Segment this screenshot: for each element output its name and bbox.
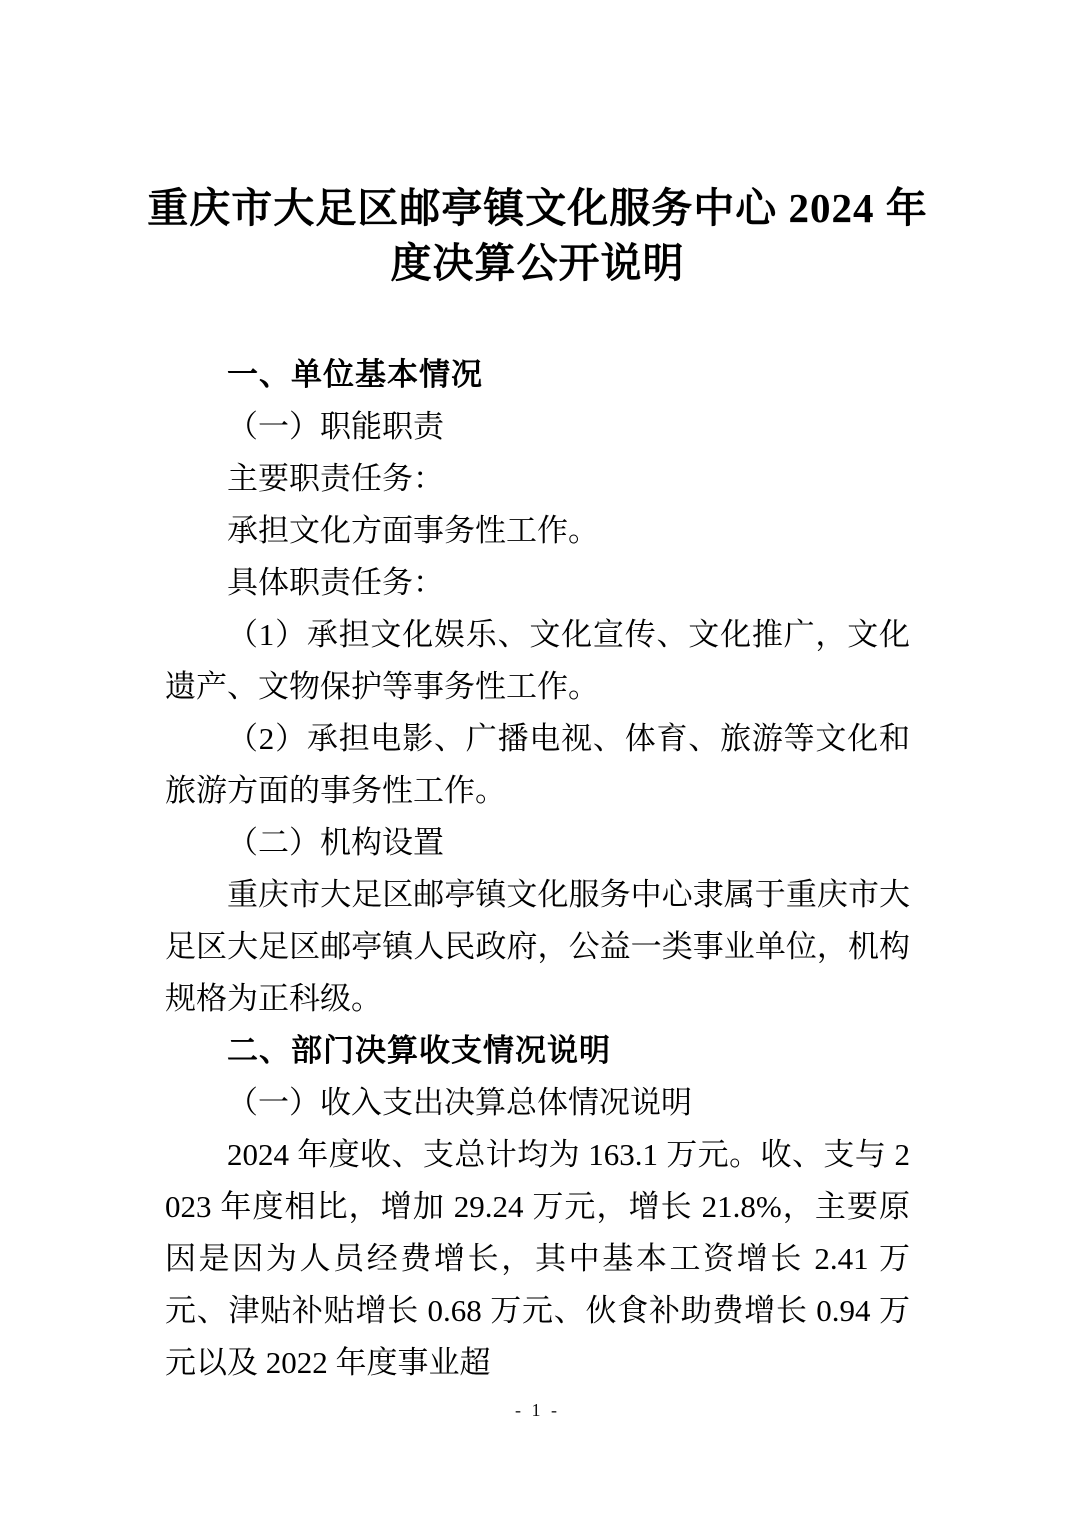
section-heading: 一、单位基本情况 [165,349,910,401]
section-heading: 二、部门决算收支情况说明 [165,1025,910,1077]
document-page: 重庆市大足区邮亭镇文化服务中心 2024 年 度决算公开说明 一、单位基本情况（… [0,0,1075,1520]
paragraph: （1）承担文化娱乐、文化宣传、文化推广，文化遗产、文物保护等事务性工作。 [165,609,910,713]
document-title-line-2: 度决算公开说明 [75,236,1000,291]
paragraph: 具体职责任务： [165,557,910,609]
document-body: 一、单位基本情况（一）职能职责主要职责任务：承担文化方面事务性工作。具体职责任务… [165,349,910,1389]
document-title-line-1: 重庆市大足区邮亭镇文化服务中心 2024 年 [75,181,1000,236]
paragraph: （2）承担电影、广播电视、体育、旅游等文化和旅游方面的事务性工作。 [165,713,910,817]
document-title: 重庆市大足区邮亭镇文化服务中心 2024 年 度决算公开说明 [75,181,1000,291]
paragraph: 主要职责任务： [165,453,910,505]
paragraph: 2024 年度收、支总计均为 163.1 万元。收、支与 2023 年度相比，增… [165,1129,910,1389]
sub-heading: （一）职能职责 [165,401,910,453]
paragraph: 重庆市大足区邮亭镇文化服务中心隶属于重庆市大足区大足区邮亭镇人民政府，公益一类事… [165,869,910,1025]
page-number: - 1 - [0,1398,1075,1422]
sub-heading: （一）收入支出决算总体情况说明 [165,1077,910,1129]
paragraph: 承担文化方面事务性工作。 [165,505,910,557]
sub-heading: （二）机构设置 [165,817,910,869]
